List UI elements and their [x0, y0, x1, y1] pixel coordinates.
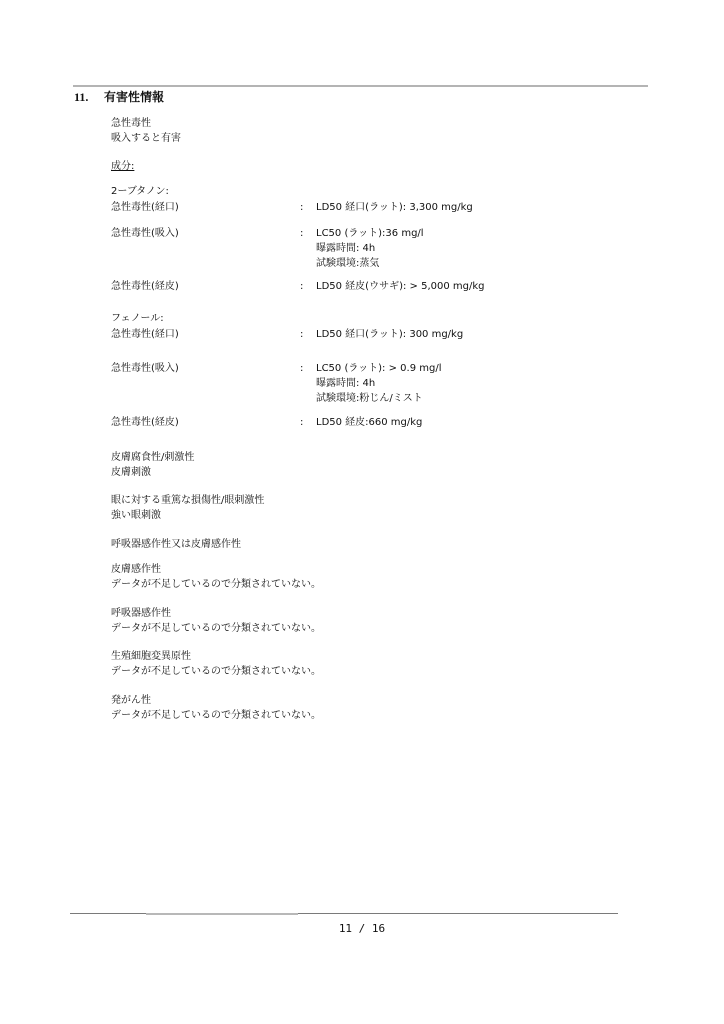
entry-value: LD50 経口(ラット): 3,300 mg/kg [316, 201, 473, 215]
footer-rule [70, 913, 146, 914]
hazard-text: データが不足しているので分類されていない。 [111, 709, 321, 723]
component-name: フェノール: [111, 312, 164, 326]
hazard-heading: 呼吸器感作性 [111, 607, 171, 621]
hazard-heading: 皮膚感作性 [111, 563, 161, 577]
header-rule [73, 85, 648, 87]
hazard-heading: 発がん性 [111, 694, 151, 708]
entry-colon: : [300, 328, 303, 342]
page-number: 11 / 16 [0, 922, 724, 935]
hazard-text: データが不足しているので分類されていない。 [111, 665, 321, 679]
entry-colon: : [300, 362, 303, 376]
hazard-text: 強い眼刺激 [111, 509, 161, 523]
entry-value: 曝露時間: 4h [316, 377, 375, 391]
entry-colon: : [300, 416, 303, 430]
section-title: 有害性情報 [104, 90, 164, 104]
hazard-heading: 皮膚腐食性/刺激性 [111, 451, 194, 465]
component-name: 2ーブタノン: [111, 185, 169, 199]
entry-value: 曝露時間: 4h [316, 242, 375, 256]
entry-value: LD50 経皮(ウサギ): > 5,000 mg/kg [316, 280, 485, 294]
entry-value: LC50 (ラット):36 mg/l [316, 227, 424, 241]
footer-rule [146, 913, 298, 915]
entry-colon: : [300, 201, 303, 215]
entry-label: 急性毒性(吸入) [111, 362, 179, 376]
entry-value: 試験環境:蒸気 [316, 257, 379, 271]
footer-rule [298, 913, 618, 914]
hazard-text: データが不足しているので分類されていない。 [111, 578, 321, 592]
hazard-text: 皮膚刺激 [111, 466, 151, 480]
entry-label: 急性毒性(経口) [111, 201, 179, 215]
hazard-heading: 呼吸器感作性又は皮膚感作性 [111, 538, 241, 552]
entry-colon: : [300, 280, 303, 294]
entry-label: 急性毒性(経皮) [111, 416, 179, 430]
section-heading: 11.有害性情報 [74, 88, 164, 105]
entry-value: LD50 経口(ラット): 300 mg/kg [316, 328, 463, 342]
components-label: 成分: [111, 160, 134, 174]
document-page: 11.有害性情報 急性毒性 吸入すると有害 成分: 2ーブタノン: 急性毒性(経… [0, 0, 724, 1024]
section-number: 11. [74, 90, 104, 105]
entry-value: LC50 (ラット): > 0.9 mg/l [316, 362, 441, 376]
entry-label: 急性毒性(経口) [111, 328, 179, 342]
entry-label: 急性毒性(経皮) [111, 280, 179, 294]
hazard-text: データが不足しているので分類されていない。 [111, 622, 321, 636]
acute-toxicity-heading: 急性毒性 [111, 117, 151, 131]
hazard-heading: 眼に対する重篤な損傷性/眼刺激性 [111, 494, 264, 508]
hazard-heading: 生殖細胞変異原性 [111, 650, 191, 664]
entry-colon: : [300, 227, 303, 241]
entry-value: 試験環境:粉じん/ミスト [316, 392, 423, 406]
entry-label: 急性毒性(吸入) [111, 227, 179, 241]
acute-toxicity-statement: 吸入すると有害 [111, 132, 181, 146]
entry-value: LD50 経皮:660 mg/kg [316, 416, 422, 430]
